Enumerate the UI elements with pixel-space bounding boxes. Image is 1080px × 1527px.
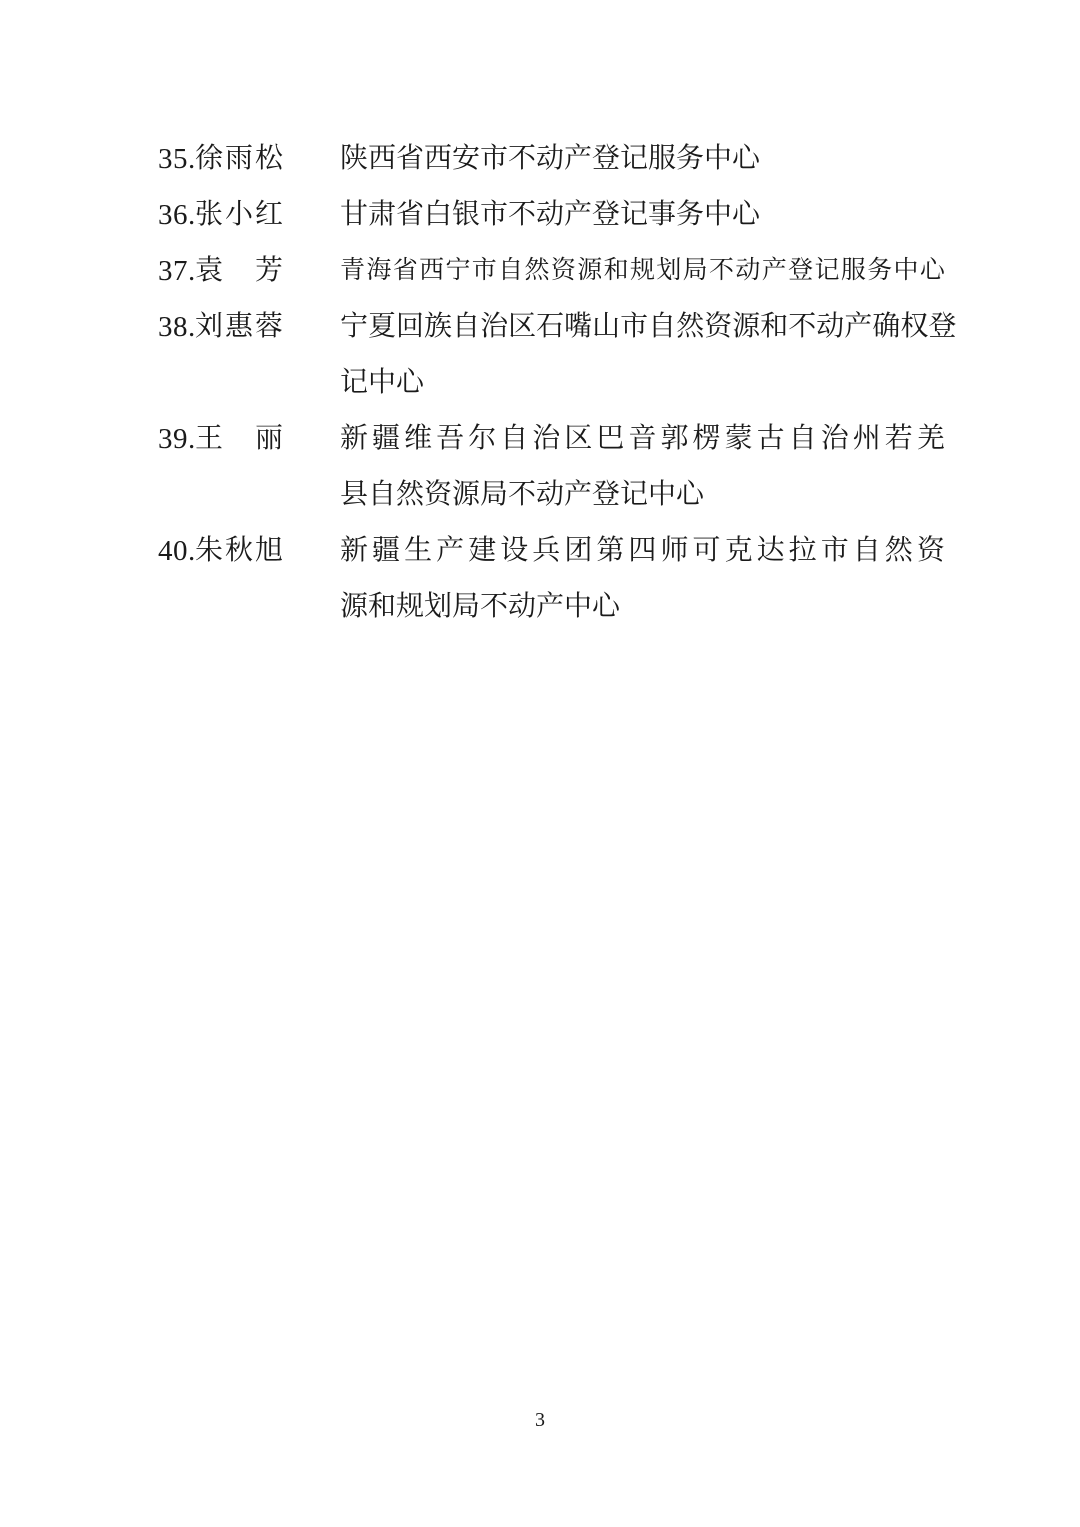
entry-organization: 陕西省西安市不动产登记服务中心	[340, 131, 945, 187]
org-char: 拉	[789, 523, 817, 579]
recipient-list: 35. 徐雨松 陕西省西安市不动产登记服务中心 36. 张小红 甘肃省白银市不动…	[158, 131, 948, 635]
org-char: 维	[404, 411, 432, 467]
org-char: 青	[340, 243, 365, 299]
org-char: 产	[436, 523, 464, 579]
list-item: 35. 徐雨松 陕西省西安市不动产登记服务中心	[158, 131, 948, 187]
org-char: 治	[480, 299, 508, 355]
org-char: 达	[757, 523, 785, 579]
org-char: 省	[393, 243, 418, 299]
org-char: 登	[788, 243, 813, 299]
entry-name: 朱秋旭	[195, 523, 283, 579]
name-char: 袁	[195, 243, 223, 299]
entry-number: 39.	[158, 411, 195, 467]
org-char: 源	[732, 299, 760, 355]
org-char: 区	[564, 411, 592, 467]
entry-name: 袁芳	[195, 243, 283, 299]
entry-name: 徐雨松	[195, 131, 283, 187]
org-char: 疆	[372, 411, 400, 467]
org-char: 巴	[596, 411, 624, 467]
org-line: 记中心	[340, 355, 945, 411]
org-char: 新	[340, 523, 368, 579]
org-line: 宁夏回族自治区石嘴山市自然资源和不动产确权登	[340, 299, 945, 355]
org-char: 治	[532, 411, 560, 467]
name-char: 朱	[195, 523, 223, 579]
org-line: 源和规划局不动产中心	[340, 579, 945, 635]
org-char: 规	[630, 243, 655, 299]
list-item: 39. 王丽 新疆维吾尔自治区巴音郭楞蒙古自治州若羌县自然资源局不动产登记中心	[158, 411, 948, 523]
org-char: 产	[844, 299, 872, 355]
entry-organization: 宁夏回族自治区石嘴山市自然资源和不动产确权登记中心	[340, 299, 945, 411]
org-char: 区	[508, 299, 536, 355]
org-char: 权	[900, 299, 928, 355]
org-char: 嘴	[564, 299, 592, 355]
entry-organization: 新疆生产建设兵团第四师可克达拉市自然资源和规划局不动产中心	[340, 523, 945, 635]
org-char: 市	[821, 523, 849, 579]
org-char: 心	[920, 243, 945, 299]
org-char: 团	[564, 523, 592, 579]
name-char: 小	[225, 187, 253, 243]
org-char: 音	[628, 411, 656, 467]
org-char: 登	[928, 299, 956, 355]
org-line: 新疆生产建设兵团第四师可克达拉市自然资	[340, 523, 945, 579]
entry-number: 40.	[158, 523, 195, 579]
entry-organization: 青海省西宁市自然资源和规划局不动产登记服务中心	[340, 243, 945, 299]
org-char: 和	[604, 243, 629, 299]
org-char: 记	[814, 243, 839, 299]
org-char: 西	[419, 243, 444, 299]
name-char: 松	[255, 131, 283, 187]
org-char: 宁	[340, 299, 368, 355]
org-char: 蒙	[725, 411, 753, 467]
org-char: 自	[500, 411, 528, 467]
org-char: 产	[762, 243, 787, 299]
org-char: 四	[628, 523, 656, 579]
entry-name: 刘惠蓉	[195, 299, 283, 355]
name-char: 刘	[195, 299, 223, 355]
org-char: 郭	[660, 411, 688, 467]
org-char: 尔	[468, 411, 496, 467]
org-char: 自	[853, 523, 881, 579]
org-char: 动	[816, 299, 844, 355]
org-char: 自	[498, 243, 523, 299]
name-char: 蓉	[255, 299, 283, 355]
org-char: 第	[596, 523, 624, 579]
org-char: 市	[472, 243, 497, 299]
org-char: 不	[709, 243, 734, 299]
name-char: 芳	[255, 243, 283, 299]
org-char: 自	[452, 299, 480, 355]
org-char: 资	[704, 299, 732, 355]
org-char: 然	[525, 243, 550, 299]
org-char: 宁	[445, 243, 470, 299]
org-char: 山	[592, 299, 620, 355]
org-char: 吾	[436, 411, 464, 467]
name-char: 张	[195, 187, 223, 243]
name-char: 丽	[255, 411, 283, 467]
org-char: 自	[789, 411, 817, 467]
org-char: 石	[536, 299, 564, 355]
entry-organization: 新疆维吾尔自治区巴音郭楞蒙古自治州若羌县自然资源局不动产登记中心	[340, 411, 945, 523]
list-item: 36. 张小红 甘肃省白银市不动产登记事务中心	[158, 187, 948, 243]
org-char: 治	[821, 411, 849, 467]
org-char: 新	[340, 411, 368, 467]
entry-number: 36.	[158, 187, 195, 243]
org-char: 楞	[693, 411, 721, 467]
entry-number: 38.	[158, 299, 195, 355]
name-char: 旭	[255, 523, 283, 579]
org-char: 克	[725, 523, 753, 579]
org-line: 甘肃省白银市不动产登记事务中心	[340, 187, 945, 243]
org-char: 服	[841, 243, 866, 299]
org-char: 局	[683, 243, 708, 299]
org-line: 新疆维吾尔自治区巴音郭楞蒙古自治州若羌	[340, 411, 945, 467]
org-char: 市	[620, 299, 648, 355]
entry-number: 35.	[158, 131, 195, 187]
org-char: 回	[396, 299, 424, 355]
org-char: 然	[676, 299, 704, 355]
org-line: 县自然资源局不动产登记中心	[340, 467, 945, 523]
org-char: 可	[693, 523, 721, 579]
list-item: 37. 袁芳 青海省西宁市自然资源和规划局不动产登记服务中心	[158, 243, 948, 299]
org-char: 羌	[917, 411, 945, 467]
name-char: 秋	[225, 523, 253, 579]
org-char: 古	[757, 411, 785, 467]
org-char: 设	[500, 523, 528, 579]
org-char: 中	[894, 243, 919, 299]
org-char: 师	[660, 523, 688, 579]
org-char: 资	[917, 523, 945, 579]
org-char: 动	[735, 243, 760, 299]
org-char: 资	[551, 243, 576, 299]
org-char: 夏	[368, 299, 396, 355]
entry-number: 37.	[158, 243, 195, 299]
org-char: 和	[760, 299, 788, 355]
org-char: 不	[788, 299, 816, 355]
org-char: 自	[648, 299, 676, 355]
entry-name: 张小红	[195, 187, 283, 243]
name-char: 徐	[195, 131, 223, 187]
org-char: 兵	[532, 523, 560, 579]
org-char: 生	[404, 523, 432, 579]
org-char: 划	[656, 243, 681, 299]
name-char: 王	[195, 411, 223, 467]
page-number: 3	[0, 1405, 1080, 1435]
org-char: 族	[424, 299, 452, 355]
name-char: 红	[255, 187, 283, 243]
entry-organization: 甘肃省白银市不动产登记事务中心	[340, 187, 945, 243]
entry-name: 王丽	[195, 411, 283, 467]
org-char: 确	[872, 299, 900, 355]
org-char: 源	[577, 243, 602, 299]
list-item: 40. 朱秋旭 新疆生产建设兵团第四师可克达拉市自然资源和规划局不动产中心	[158, 523, 948, 635]
org-char: 州	[853, 411, 881, 467]
org-char: 建	[468, 523, 496, 579]
org-line: 青海省西宁市自然资源和规划局不动产登记服务中心	[340, 243, 945, 299]
name-char: 雨	[225, 131, 253, 187]
org-line: 陕西省西安市不动产登记服务中心	[340, 131, 945, 187]
list-item: 38. 刘惠蓉 宁夏回族自治区石嘴山市自然资源和不动产确权登记中心	[158, 299, 948, 411]
org-char: 疆	[372, 523, 400, 579]
org-char: 务	[867, 243, 892, 299]
org-char: 若	[885, 411, 913, 467]
org-char: 然	[885, 523, 913, 579]
org-char: 海	[366, 243, 391, 299]
document-page: 35. 徐雨松 陕西省西安市不动产登记服务中心 36. 张小红 甘肃省白银市不动…	[0, 0, 1080, 1527]
name-char: 惠	[225, 299, 253, 355]
